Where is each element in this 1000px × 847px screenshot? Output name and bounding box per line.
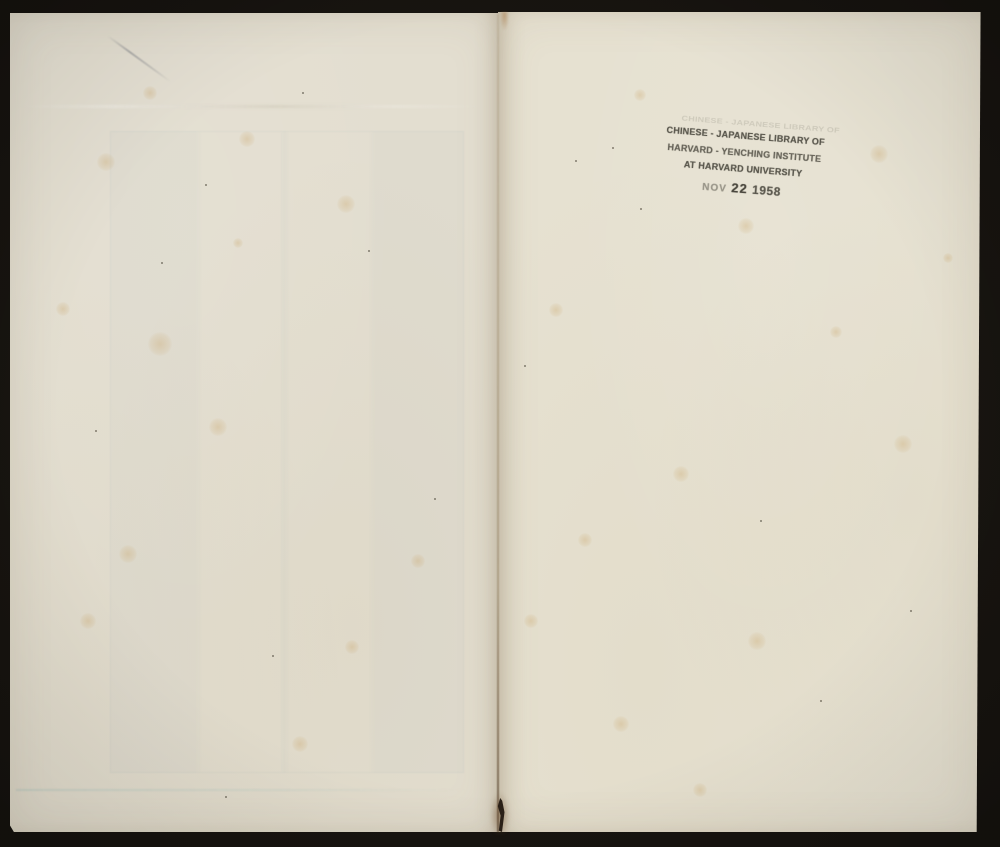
show-through-frame (110, 131, 464, 773)
pencil-mark (107, 35, 171, 82)
book-scan: CHINESE - JAPANESE LIBRARY OF CHINESE - … (0, 0, 1000, 847)
right-page: CHINESE - JAPANESE LIBRARY OF CHINESE - … (498, 12, 982, 832)
gutter-stain-top (500, 12, 509, 30)
date-year: 1958 (752, 182, 782, 198)
paper-crease (18, 105, 488, 108)
library-stamp: CHINESE - JAPANESE LIBRARY OF CHINESE - … (643, 110, 845, 205)
date-month: NOV (702, 181, 727, 194)
show-through-line (16, 789, 468, 791)
left-page (10, 13, 498, 832)
binding-gutter (497, 14, 499, 832)
date-day: 22 (731, 180, 749, 196)
